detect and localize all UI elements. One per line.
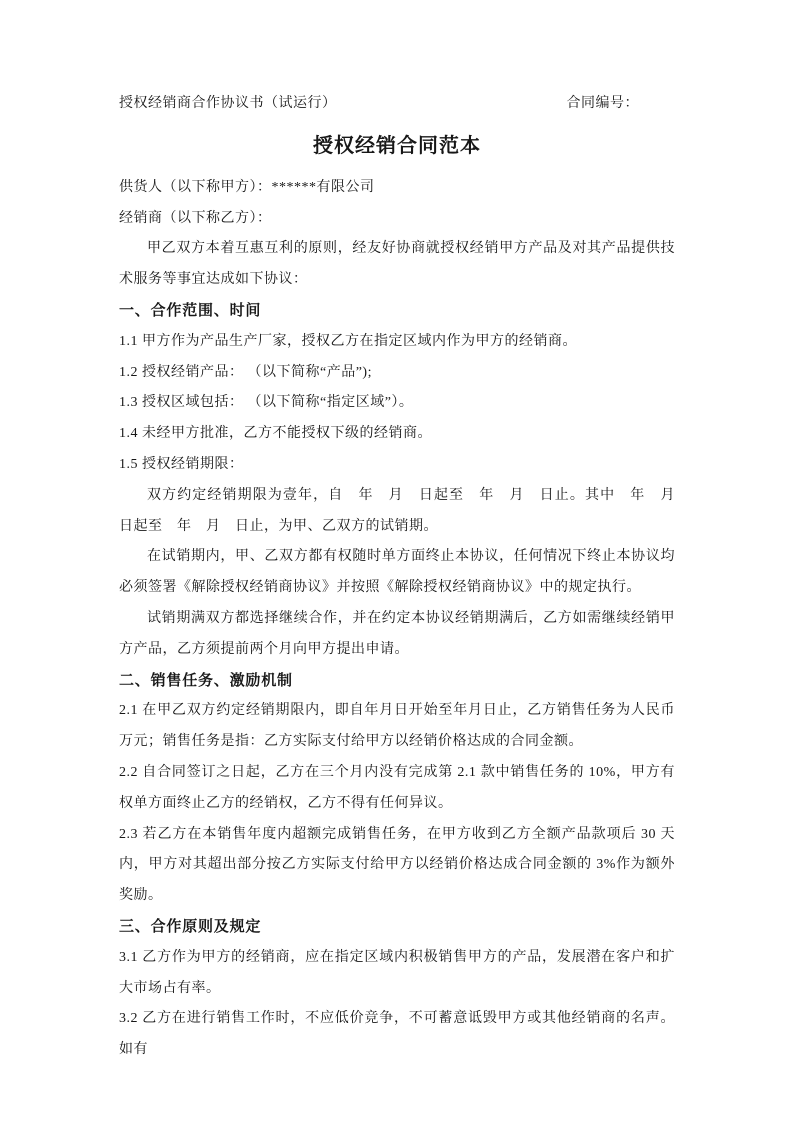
section-heading-3: 三、合作原则及规定 (119, 912, 675, 943)
contract-number-label: 合同编号： (567, 89, 676, 120)
clause-1-5-term: 双方约定经销期限为壹年，自 年 月 日起至 年 月 日止。其中 年 月 日起至 … (119, 481, 675, 543)
clause-2-1: 2.1 在甲乙双方约定经销期限内，即自年月日开始至年月日止，乙方销售任务为人民币… (119, 696, 675, 758)
clause-1-5-trial: 在试销期内，甲、乙双方都有权随时单方面终止本协议，任何情况下终止本协议均必须签署… (119, 542, 675, 604)
document-page: 授权经销商合作协议书（试运行） 合同编号： 授权经销合同范本 供货人（以下称甲方… (0, 0, 794, 1123)
paragraph-supplier: 供货人（以下称甲方）：******有限公司 (119, 173, 675, 204)
document-header: 授权经销商合作协议书（试运行） 合同编号： (119, 89, 675, 120)
document-type-label: 授权经销商合作协议书（试运行） (119, 89, 337, 120)
document-title: 授权经销合同范本 (119, 126, 675, 166)
clause-1-5-renewal: 试销期满双方都选择继续合作，并在约定本协议经销期满后，乙方如需继续经销甲方产品，… (119, 604, 675, 666)
clause-1-5: 1.5 授权经销期限： (119, 450, 675, 481)
clause-1-2: 1.2 授权经销产品： （以下简称“产品”); (119, 358, 675, 389)
clause-3-2: 3.2 乙方在进行销售工作时，不应低价竞争，不可蓄意诋毁甲方或其他经销商的名声。… (119, 1004, 675, 1066)
clause-1-3: 1.3 授权区域包括： （以下简称“指定区域”）。 (119, 388, 675, 419)
clause-1-1: 1.1 甲方作为产品生产厂家，授权乙方在指定区域内作为甲方的经销商。 (119, 327, 675, 358)
clause-3-1: 3.1 乙方作为甲方的经销商，应在指定区域内积极销售甲方的产品，发展潜在客户和扩… (119, 943, 675, 1005)
clause-2-2: 2.2 自合同签订之日起，乙方在三个月内没有完成第 2.1 款中销售任务的 10… (119, 758, 675, 820)
section-heading-2: 二、销售任务、激励机制 (119, 666, 675, 697)
section-heading-1: 一、合作范围、时间 (119, 296, 675, 327)
document-body: 供货人（以下称甲方）：******有限公司 经销商（以下称乙方）： 甲乙双方本着… (119, 173, 675, 1066)
paragraph-distributor: 经销商（以下称乙方）： (119, 204, 675, 235)
paragraph-preamble: 甲乙双方本着互惠互利的原则，经友好协商就授权经销甲方产品及对其产品提供技术服务等… (119, 234, 675, 296)
clause-2-3: 2.3 若乙方在本销售年度内超额完成销售任务，在甲方收到乙方全额产品款项后 30… (119, 820, 675, 912)
clause-1-4: 1.4 未经甲方批准，乙方不能授权下级的经销商。 (119, 419, 675, 450)
